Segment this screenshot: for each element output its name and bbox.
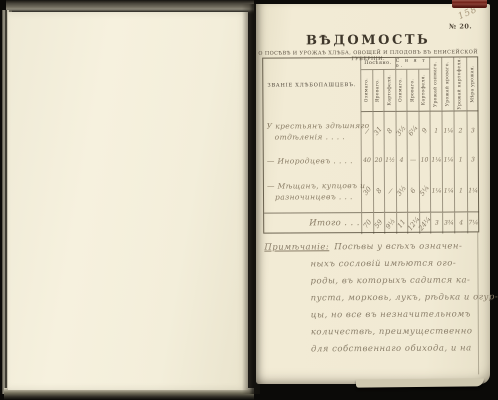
table-cell: 4 (454, 211, 466, 233)
note-lead: Примѣчаніе: (264, 242, 329, 252)
column-header: Яроваго. (406, 70, 418, 112)
cell-value: 59 (373, 218, 385, 230)
column-header: Картофеля. (383, 70, 395, 112)
column-header: Урожай яроваго. (441, 58, 454, 112)
column-header-label: Яроваго. (376, 79, 381, 102)
row-label-natives: — Инородцевъ . . . . (264, 150, 361, 171)
row-label-line: — Мѣщанъ, купцовъ и (267, 180, 366, 192)
table-cell: 31 (372, 112, 384, 150)
column-header: Яроваго. (372, 70, 384, 112)
table-cell: 10 (418, 150, 430, 170)
row-label-line: Итого . . . (267, 218, 360, 230)
table-cell: 8 (383, 112, 395, 150)
cell-value: 20 (375, 156, 383, 163)
note-line: для собственнаго обихода, и на (265, 340, 481, 358)
cell-value: 1¼ (431, 156, 441, 163)
printed-sheet-number: № 20. (449, 22, 472, 30)
cell-value: 40 (363, 157, 371, 164)
note-line: ныхъ сословій имѣются ого- (264, 255, 480, 273)
cell-value: 1¼ (444, 187, 454, 194)
table-cell: 1¼ (442, 170, 454, 212)
note-line: цы, но все въ незначительномъ (265, 306, 481, 324)
cell-value: 7¼ (468, 219, 478, 226)
column-header-label: Озимаго. (399, 78, 404, 102)
table-cell: 7¼ (467, 211, 479, 233)
note-line: роды, въ которыхъ садится ка- (264, 272, 480, 290)
cell-value: 3 (435, 220, 439, 227)
cell-value: 8 (374, 187, 383, 195)
cell-value: — (410, 156, 416, 163)
cell-value: — (385, 186, 395, 196)
table-cell: 1¼ (442, 112, 454, 150)
cell-value: 4 (459, 219, 463, 226)
row-header-cell: ЗВАНІЕ ХЛѢБОПАШЦЕВЪ. (263, 58, 360, 113)
column-header: Урожай картофеля. (454, 57, 467, 111)
handwritten-note: Примѣчаніе:Посѣвы у всѣхъ означен- ныхъ … (264, 238, 481, 358)
cell-value: 3¾ (444, 220, 454, 227)
cell-value: 31 (373, 125, 385, 137)
archival-red-tab (452, 0, 487, 8)
cell-value: 70 (362, 218, 374, 230)
cell-value: 1¼ (468, 187, 478, 194)
document-page-content: 158 № 20. ВѢДОМОСТЬ О ПОСѢВѢ И УРОЖАѢ ХЛ… (255, 3, 491, 384)
note-line: количествѣ, преимущественно (265, 323, 481, 341)
table-cell: 11 (396, 212, 408, 234)
cell-value: 1 (459, 187, 463, 194)
table-cell: 1 (454, 149, 466, 169)
cell-value: 1 (459, 156, 463, 163)
group-header-sown: Посѣяно. (360, 58, 395, 70)
column-header: Озимаго. (360, 70, 372, 112)
column-header-label: Мѣра урожая. (470, 65, 475, 102)
column-header-label: Урожай яроваго. (445, 62, 450, 107)
table-cell: 6¼ (406, 112, 418, 150)
table-cell: — (407, 150, 419, 170)
cell-value: 30 (361, 185, 373, 197)
cell-value: 1¼ (444, 156, 454, 163)
table-cell: 5¼ (418, 170, 430, 212)
table-cell: 1½ (384, 150, 396, 170)
table-cell: 3 (430, 212, 442, 234)
table-cell: 3 (466, 111, 479, 149)
cell-value: 10 (421, 156, 429, 163)
table-cell: 59 (373, 212, 385, 234)
column-header-label: Яроваго. (410, 79, 415, 102)
table-cell: 6 (407, 170, 419, 212)
column-header-label: Урожай картофеля. (458, 58, 463, 110)
cell-value: — (362, 126, 372, 136)
row-label-line: разночинцевъ . . . (267, 191, 353, 203)
column-header-label: Урожай озимаго. (433, 61, 438, 106)
table-cell: 24¼ (419, 212, 431, 234)
row-label-line: отдѣленія . . . . (267, 131, 345, 142)
row-label-townsfolk: — Мѣщанъ, купцовъ и разночинцевъ . . . (264, 170, 361, 213)
table-cell: 9 (418, 112, 430, 150)
cell-value: 9 (420, 127, 429, 135)
table-cell: — (360, 112, 372, 150)
table-cell: 70 (361, 212, 373, 234)
table-cell: 1¼ (466, 169, 479, 211)
statistics-table: ЗВАНІЕ ХЛѢБОПАШЦЕВЪ. Посѣяно. С н я т о.… (262, 56, 479, 233)
column-header: Урожай озимаго. (429, 58, 442, 112)
column-header: Озимаго. (395, 70, 407, 112)
cell-value: 4 (400, 156, 404, 163)
note-line: пуста, морковь, лукъ, рѣдька и огур- (265, 289, 481, 307)
column-header-label: Картофеля. (422, 75, 427, 106)
column-header: Картофеля. (418, 70, 430, 112)
table-cell: 8 (372, 170, 384, 212)
blank-left-page (8, 12, 248, 390)
table-cell: 3¾ (442, 212, 454, 234)
cell-value: 1½ (385, 156, 395, 163)
table-cell: 1 (429, 112, 441, 150)
document-page: 158 № 20. ВѢДОМОСТЬ О ПОСѢВѢ И УРОЖАѢ ХЛ… (256, 4, 490, 384)
table-cell: 3½ (395, 112, 407, 150)
cell-value: 3 (471, 156, 475, 163)
cell-value: 2 (459, 127, 463, 134)
row-label-line: У крестьянъ здѣшняго (267, 120, 370, 132)
cell-value: 1¼ (432, 187, 442, 194)
column-header: Мѣра урожая. (466, 57, 479, 111)
table-cell: 2 (454, 111, 466, 149)
cell-value: 1¼ (443, 127, 453, 134)
row-label-peasants: У крестьянъ здѣшняго отдѣленія . . . . (264, 112, 361, 151)
cell-value: 1 (434, 127, 438, 134)
table-cell: 30 (361, 170, 373, 212)
archival-book-photo: 158 № 20. ВѢДОМОСТЬ О ПОСѢВѢ И УРОЖАѢ ХЛ… (0, 0, 498, 400)
column-header-label: Озимаго. (364, 78, 369, 102)
table-cell: — (384, 170, 396, 212)
table-cell: 12¼ (407, 212, 419, 234)
row-label-line: — Инородцевъ . . . . (267, 155, 353, 167)
table-cell: 20 (372, 150, 384, 170)
group-header-harvested: С н я т о. (395, 58, 430, 70)
table-cell: 3 (466, 149, 478, 169)
table-cell: 1 (454, 169, 466, 211)
note-text: Посѣвы у всѣхъ означен- (334, 241, 462, 252)
table-cell: 1¼ (430, 170, 442, 212)
page-bottom-curl (356, 378, 484, 387)
row-label-total: Итого . . . (264, 212, 361, 235)
table-cell: 9½ (384, 212, 396, 234)
document-title: ВѢДОМОСТЬ (255, 32, 481, 48)
table-cell: 1¼ (430, 150, 442, 170)
table-cell: 40 (361, 150, 373, 170)
table-cell: 3½ (395, 170, 407, 212)
cell-value: 6 (409, 187, 418, 195)
cell-value: 8 (385, 127, 394, 135)
table-cell: 1¼ (442, 150, 454, 170)
column-header-label: Картофеля. (387, 75, 392, 106)
note-line: Примѣчаніе:Посѣвы у всѣхъ означен- (264, 238, 480, 256)
table-cell: 4 (395, 150, 407, 170)
cell-value: 3 (471, 127, 475, 134)
